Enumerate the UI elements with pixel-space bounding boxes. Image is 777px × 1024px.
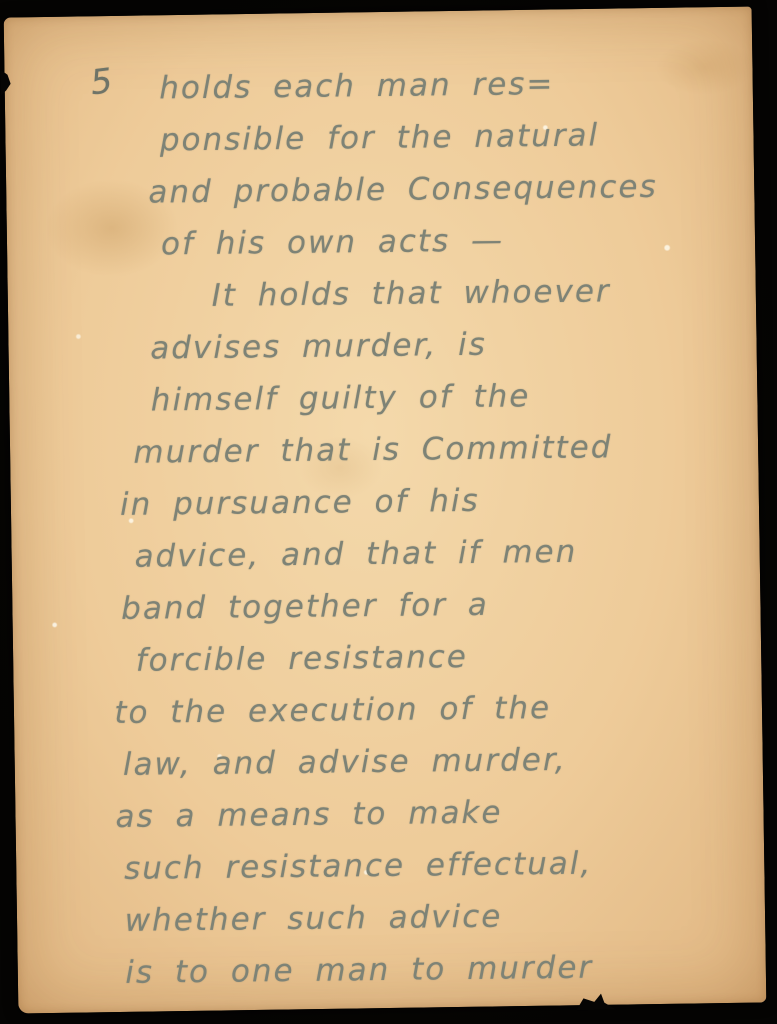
handwriting-block: holds each man res= ponsible for the nat… [101,56,732,999]
handwriting-line: and probable Consequences [148,160,723,219]
handwriting-line: holds each man res= [159,56,722,114]
handwriting-line: law, and advise murder, [123,732,730,791]
handwriting-line: advice, and that if men [134,524,727,583]
handwriting-line: is to one man to murder [125,940,732,999]
handwriting-line: such resistance effectual, [124,836,731,895]
manuscript-page: 5 holds each man res= ponsible for the n… [4,7,767,1014]
handwriting-line: to the execution of the [114,680,729,739]
handwriting-line: ponsible for the natural [160,108,723,166]
handwriting-line: It holds that whoever [211,264,724,322]
handwriting-line: advises murder, is [150,316,725,375]
handwriting-line: in pursuance of his [120,472,727,531]
handwriting-line: as a means to make [115,784,730,843]
handwriting-line: of his own acts — [161,212,724,270]
handwriting-line: whether such advice [124,888,731,947]
handwriting-line: murder that is Committed [133,420,726,479]
handwriting-line: forcible resistance [135,628,728,687]
paper-edge-nick [0,70,10,96]
handwriting-line: band together for a [121,576,728,635]
handwriting-line: himself guilty of the [151,368,726,427]
paper-tear [576,992,616,1011]
photo-background: 5 holds each man res= ponsible for the n… [0,0,777,1024]
